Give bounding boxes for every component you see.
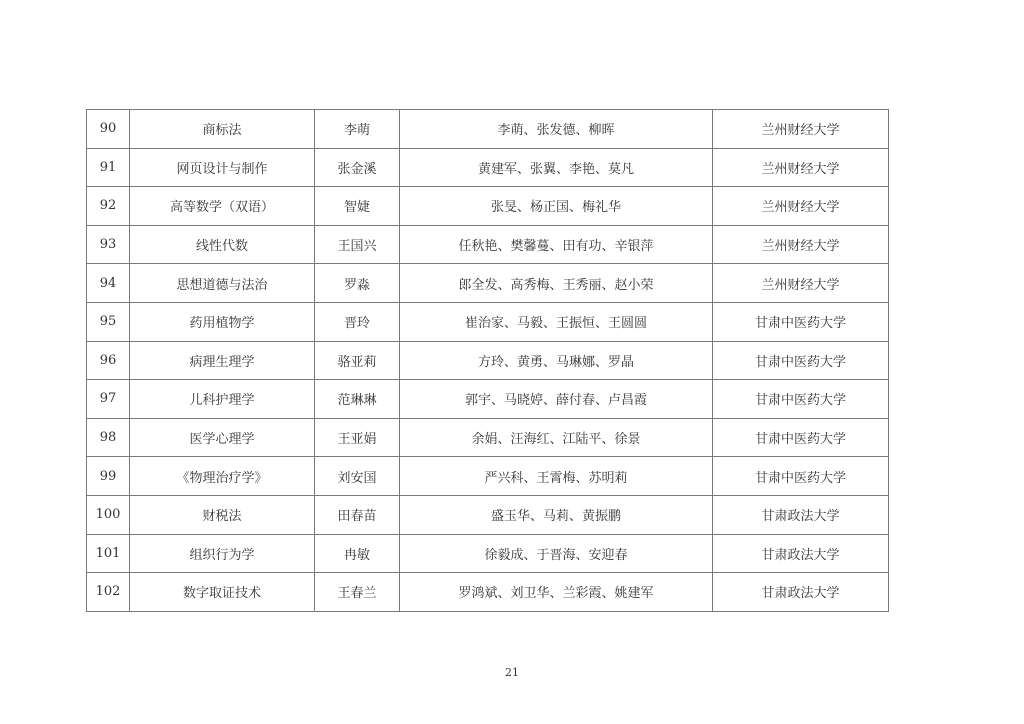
- row-number-cell: 102: [87, 573, 130, 612]
- course-name-cell: 医学心理学: [130, 418, 315, 457]
- school-name-cell: 兰州财经大学: [713, 225, 889, 264]
- row-number-cell: 90: [87, 110, 130, 149]
- row-number-cell: 94: [87, 264, 130, 303]
- row-number-cell: 93: [87, 225, 130, 264]
- course-name-cell: 网页设计与制作: [130, 148, 315, 187]
- table-row: 91网页设计与制作张金溪黄建军、张翼、李艳、莫凡兰州财经大学: [87, 148, 889, 187]
- team-members-cell: 黄建军、张翼、李艳、莫凡: [400, 148, 713, 187]
- table-row: 99《物理治疗学》刘安国严兴科、王霄梅、苏明莉甘肃中医药大学: [87, 457, 889, 496]
- course-leader-cell: 罗淼: [315, 264, 400, 303]
- course-name-cell: 线性代数: [130, 225, 315, 264]
- course-leader-cell: 冉敏: [315, 534, 400, 573]
- course-name-cell: 儿科护理学: [130, 380, 315, 419]
- course-table-body: 90商标法李萌李萌、张发德、柳晖兰州财经大学91网页设计与制作张金溪黄建军、张翼…: [87, 110, 889, 612]
- team-members-cell: 郭宇、马晓婷、薛付春、卢昌霞: [400, 380, 713, 419]
- row-number-cell: 98: [87, 418, 130, 457]
- course-name-cell: 药用植物学: [130, 302, 315, 341]
- team-members-cell: 盛玉华、马莉、黄振鹏: [400, 495, 713, 534]
- course-name-cell: 数字取证技术: [130, 573, 315, 612]
- table-row: 94思想道德与法治罗淼郎全发、高秀梅、王秀丽、赵小荣兰州财经大学: [87, 264, 889, 303]
- course-leader-cell: 晋玲: [315, 302, 400, 341]
- school-name-cell: 兰州财经大学: [713, 110, 889, 149]
- team-members-cell: 方玲、黄勇、马琳娜、罗晶: [400, 341, 713, 380]
- team-members-cell: 郎全发、高秀梅、王秀丽、赵小荣: [400, 264, 713, 303]
- course-name-cell: 思想道德与法治: [130, 264, 315, 303]
- course-table: 90商标法李萌李萌、张发德、柳晖兰州财经大学91网页设计与制作张金溪黄建军、张翼…: [86, 109, 889, 612]
- row-number-cell: 99: [87, 457, 130, 496]
- table-row: 96病理生理学骆亚莉方玲、黄勇、马琳娜、罗晶甘肃中医药大学: [87, 341, 889, 380]
- school-name-cell: 甘肃中医药大学: [713, 341, 889, 380]
- course-name-cell: 组织行为学: [130, 534, 315, 573]
- table-row: 95药用植物学晋玲崔治家、马毅、王振恒、王圆圆甘肃中医药大学: [87, 302, 889, 341]
- row-number-cell: 97: [87, 380, 130, 419]
- course-leader-cell: 智婕: [315, 187, 400, 226]
- school-name-cell: 甘肃政法大学: [713, 573, 889, 612]
- school-name-cell: 甘肃政法大学: [713, 495, 889, 534]
- row-number-cell: 92: [87, 187, 130, 226]
- course-leader-cell: 刘安国: [315, 457, 400, 496]
- course-name-cell: 财税法: [130, 495, 315, 534]
- course-leader-cell: 王国兴: [315, 225, 400, 264]
- course-leader-cell: 张金溪: [315, 148, 400, 187]
- team-members-cell: 严兴科、王霄梅、苏明莉: [400, 457, 713, 496]
- team-members-cell: 张旻、杨正国、梅礼华: [400, 187, 713, 226]
- table-row: 102数字取证技术王春兰罗鸿斌、刘卫华、兰彩霞、姚建军甘肃政法大学: [87, 573, 889, 612]
- table-row: 93线性代数王国兴任秋艳、樊馨蔓、田有功、辛银萍兰州财经大学: [87, 225, 889, 264]
- school-name-cell: 兰州财经大学: [713, 187, 889, 226]
- course-leader-cell: 骆亚莉: [315, 341, 400, 380]
- row-number-cell: 91: [87, 148, 130, 187]
- table-row: 100财税法田春苗盛玉华、马莉、黄振鹏甘肃政法大学: [87, 495, 889, 534]
- team-members-cell: 徐毅成、于晋海、安迎春: [400, 534, 713, 573]
- row-number-cell: 95: [87, 302, 130, 341]
- row-number-cell: 101: [87, 534, 130, 573]
- course-leader-cell: 王春兰: [315, 573, 400, 612]
- team-members-cell: 罗鸿斌、刘卫华、兰彩霞、姚建军: [400, 573, 713, 612]
- school-name-cell: 甘肃中医药大学: [713, 418, 889, 457]
- team-members-cell: 李萌、张发德、柳晖: [400, 110, 713, 149]
- table-row: 90商标法李萌李萌、张发德、柳晖兰州财经大学: [87, 110, 889, 149]
- school-name-cell: 甘肃政法大学: [713, 534, 889, 573]
- team-members-cell: 任秋艳、樊馨蔓、田有功、辛银萍: [400, 225, 713, 264]
- table-row: 98医学心理学王亚娟余娟、汪海红、江陆平、徐景甘肃中医药大学: [87, 418, 889, 457]
- course-leader-cell: 范琳琳: [315, 380, 400, 419]
- team-members-cell: 余娟、汪海红、江陆平、徐景: [400, 418, 713, 457]
- team-members-cell: 崔治家、马毅、王振恒、王圆圆: [400, 302, 713, 341]
- school-name-cell: 兰州财经大学: [713, 148, 889, 187]
- course-leader-cell: 王亚娟: [315, 418, 400, 457]
- course-leader-cell: 李萌: [315, 110, 400, 149]
- course-leader-cell: 田春苗: [315, 495, 400, 534]
- row-number-cell: 96: [87, 341, 130, 380]
- table-row: 97儿科护理学范琳琳郭宇、马晓婷、薛付春、卢昌霞甘肃中医药大学: [87, 380, 889, 419]
- school-name-cell: 甘肃中医药大学: [713, 380, 889, 419]
- school-name-cell: 甘肃中医药大学: [713, 457, 889, 496]
- table-row: 101组织行为学冉敏徐毅成、于晋海、安迎春甘肃政法大学: [87, 534, 889, 573]
- course-name-cell: 商标法: [130, 110, 315, 149]
- course-name-cell: 《物理治疗学》: [130, 457, 315, 496]
- course-name-cell: 病理生理学: [130, 341, 315, 380]
- course-name-cell: 高等数学（双语）: [130, 187, 315, 226]
- page-number: 21: [0, 666, 1024, 679]
- school-name-cell: 甘肃中医药大学: [713, 302, 889, 341]
- row-number-cell: 100: [87, 495, 130, 534]
- table-row: 92高等数学（双语）智婕张旻、杨正国、梅礼华兰州财经大学: [87, 187, 889, 226]
- school-name-cell: 兰州财经大学: [713, 264, 889, 303]
